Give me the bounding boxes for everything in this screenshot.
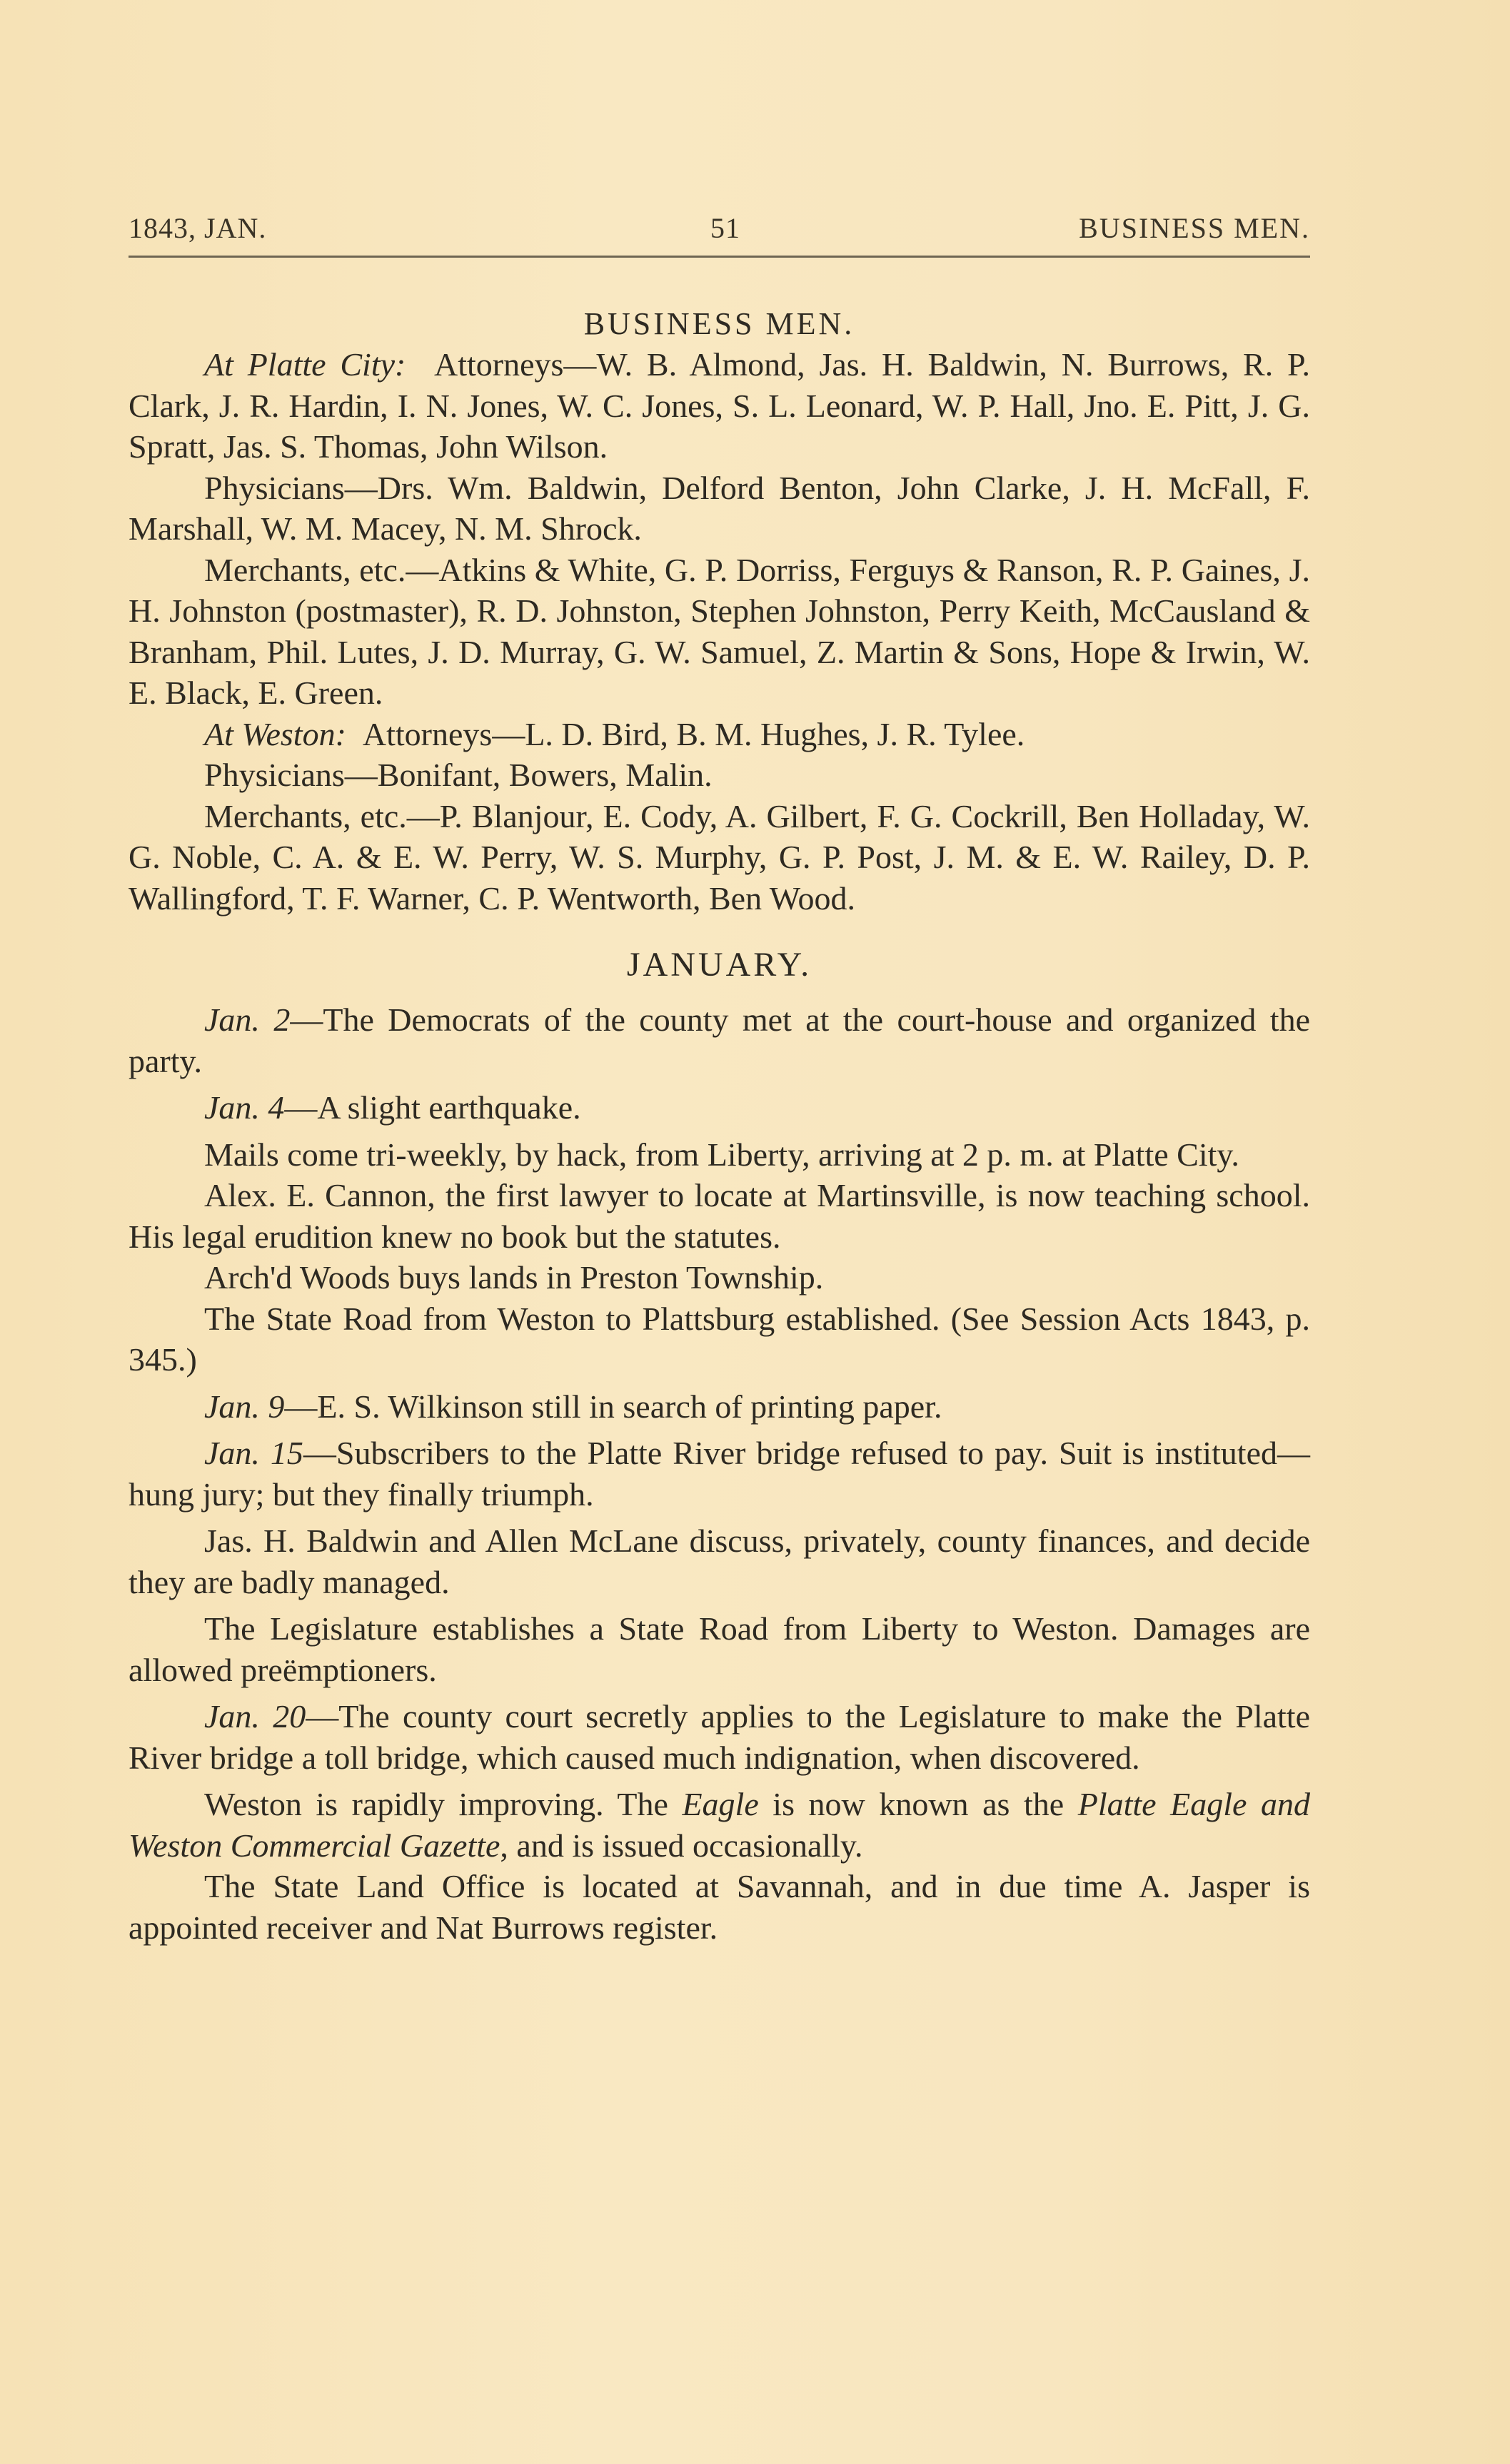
newspaper-name-eagle: Eagle	[682, 1786, 758, 1822]
weston-merchants: Merchants, etc.—P. Blanjour, E. Cody, A.…	[129, 796, 1310, 919]
entry-text: —E. S. Wilkinson still in search of prin…	[284, 1388, 942, 1425]
entry-text: —The county court secretly applies to th…	[129, 1698, 1310, 1776]
place-label-platte-city: At Platte City:	[204, 346, 406, 383]
entry-date: Jan. 9	[204, 1388, 284, 1425]
header-rule	[129, 256, 1310, 258]
running-head-date: 1843, JAN.	[129, 211, 266, 245]
entry-mails: Mails come tri-weekly, by hack, from Lib…	[129, 1134, 1310, 1176]
entry-state-road: The State Road from Weston to Plattsburg…	[129, 1298, 1310, 1380]
entry-date: Jan. 20	[204, 1698, 306, 1735]
entry-date: Jan. 15	[204, 1435, 303, 1471]
running-head: 1843, JAN. 51 BUSINESS MEN.	[129, 211, 1310, 247]
weston-attorneys: At Weston: Attorneys—L. D. Bird, B. M. H…	[129, 714, 1310, 755]
platte-city-physicians: Physicians—Drs. Wm. Baldwin, Delford Ben…	[129, 468, 1310, 550]
entry-text: —A slight earthquake.	[284, 1089, 580, 1126]
page-number: 51	[710, 211, 740, 245]
text-run: , and is issued occasionally.	[500, 1827, 862, 1864]
entry-jan-2: Jan. 2—The Democrats of the county met a…	[129, 999, 1310, 1081]
entry-baldwin-mclane: Jas. H. Baldwin and Allen McLane discuss…	[129, 1520, 1310, 1602]
text-run: is now known as the	[759, 1786, 1078, 1822]
place-label-weston: At Weston:	[204, 716, 346, 752]
entry-land-office: The State Land Office is located at Sava…	[129, 1866, 1310, 1948]
entry-text: —Subscribers to the Platte River bridge …	[129, 1435, 1310, 1513]
attorneys-list: Attorneys—L. D. Bird, B. M. Hughes, J. R…	[363, 716, 1025, 752]
entry-jan-20: Jan. 20—The county court secretly applie…	[129, 1696, 1310, 1778]
platte-city-merchants: Merchants, etc.—Atkins & White, G. P. Do…	[129, 550, 1310, 714]
entry-jan-9: Jan. 9—E. S. Wilkinson still in search o…	[129, 1386, 1310, 1428]
text-run: Weston is rapidly improving. The	[204, 1786, 682, 1822]
page-content: BUSINESS MEN. At Platte City: Attorneys—…	[129, 303, 1310, 1954]
entry-woods: Arch'd Woods buys lands in Preston Towns…	[129, 1257, 1310, 1298]
entry-date: Jan. 2	[204, 1001, 290, 1038]
platte-city-attorneys: At Platte City: Attorneys—W. B. Almond, …	[129, 344, 1310, 468]
weston-physicians: Physicians—Bonifant, Bowers, Malin.	[129, 754, 1310, 796]
entry-legislature-road: The Legislature establishes a State Road…	[129, 1608, 1310, 1690]
entry-jan-15: Jan. 15—Subscribers to the Platte River …	[129, 1433, 1310, 1515]
entry-jan-4: Jan. 4—A slight earthquake.	[129, 1087, 1310, 1129]
entry-text: —The Democrats of the county met at the …	[129, 1001, 1310, 1079]
section-heading-january: JANUARY.	[129, 944, 1310, 985]
entry-cannon: Alex. E. Cannon, the first lawyer to loc…	[129, 1175, 1310, 1257]
running-head-title: BUSINESS MEN.	[1079, 211, 1310, 245]
entry-weston-eagle: Weston is rapidly improving. The Eagle i…	[129, 1784, 1310, 1866]
section-heading-business-men: BUSINESS MEN.	[129, 303, 1310, 344]
entry-date: Jan. 4	[204, 1089, 284, 1126]
